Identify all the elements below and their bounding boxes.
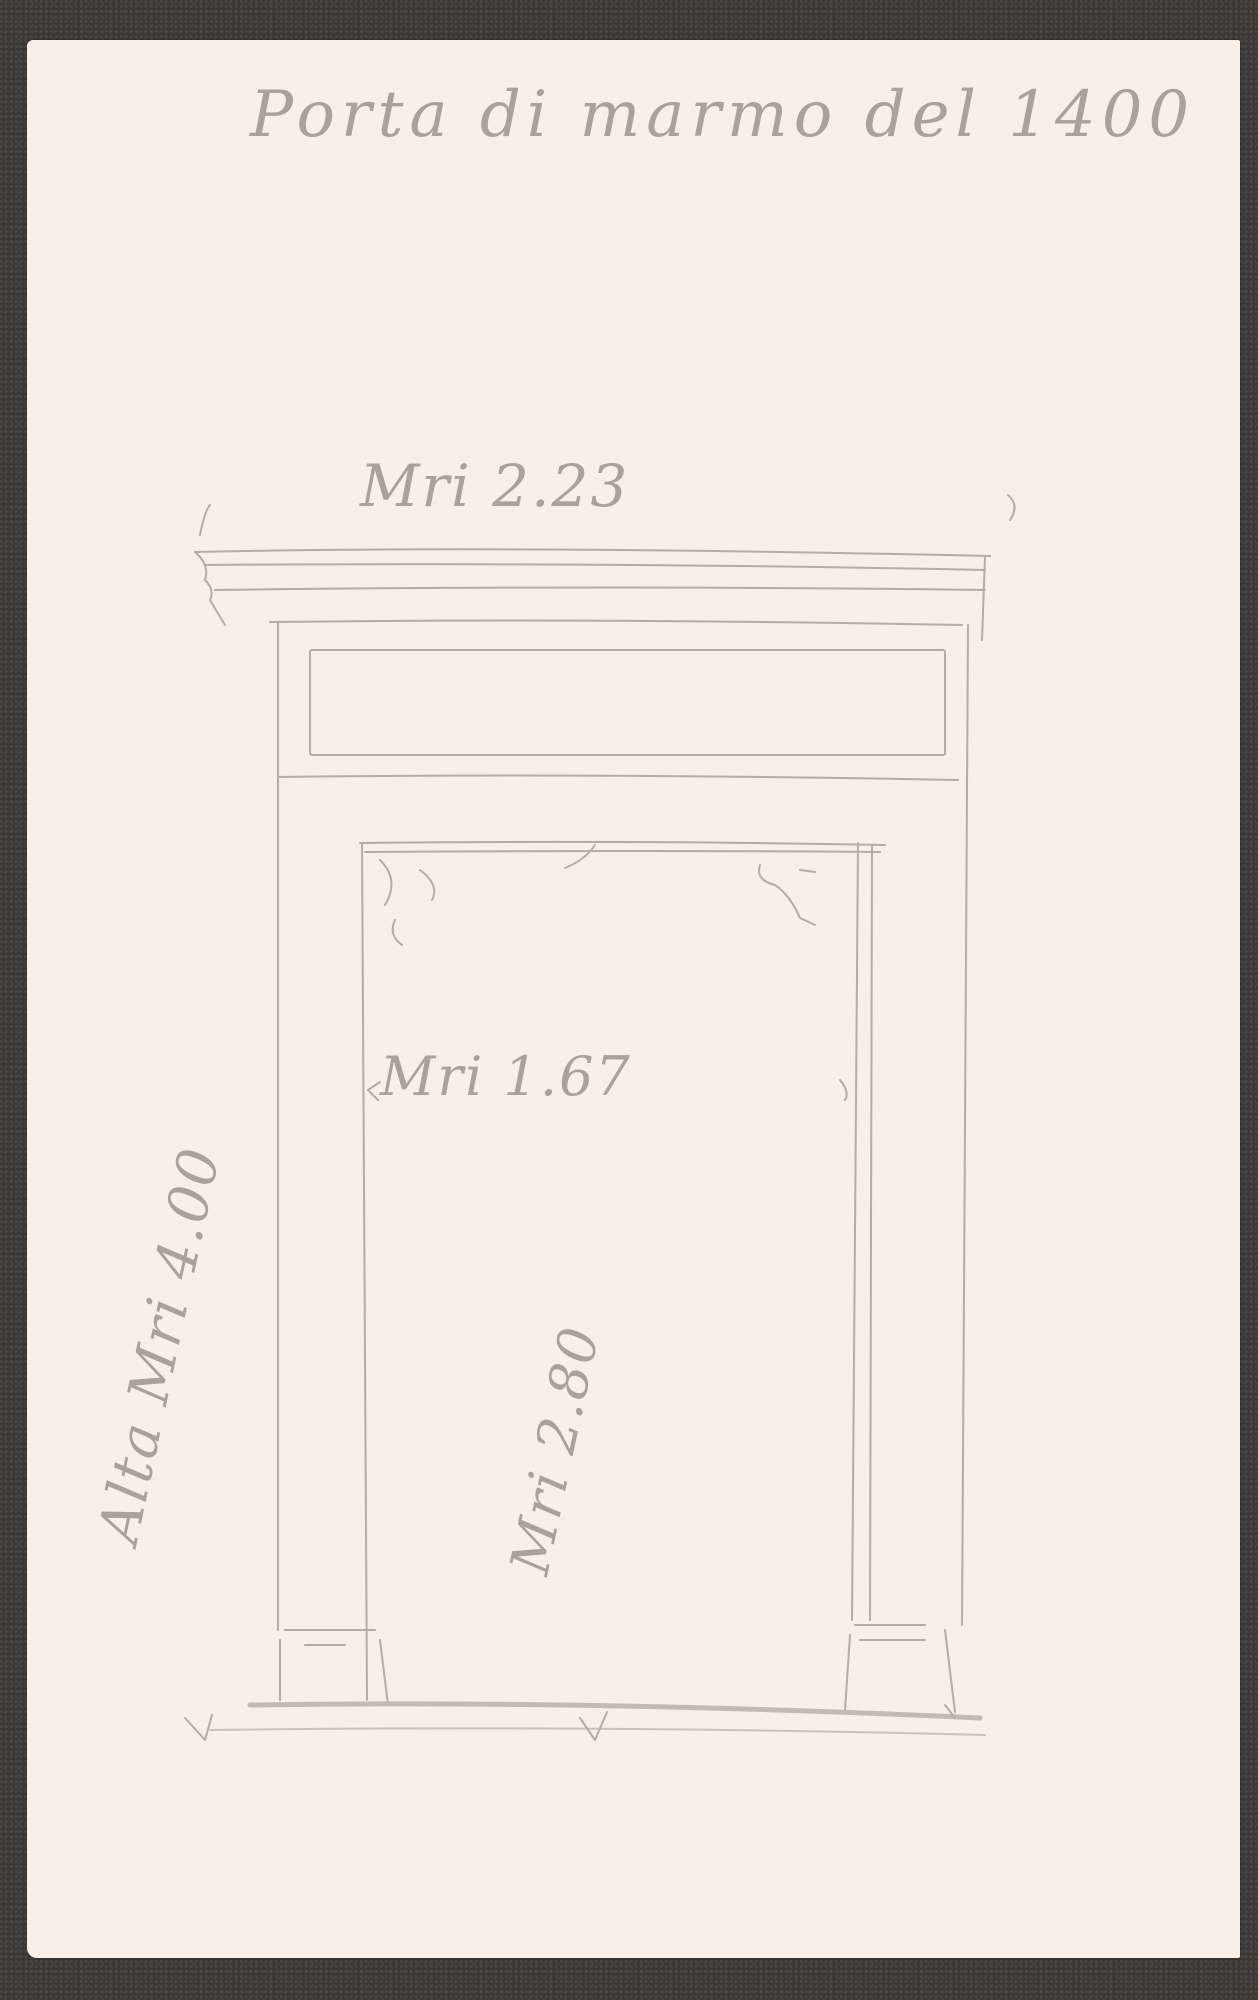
cornice-top-line [195,549,990,556]
ground-line [250,1704,980,1718]
right-inner-jamb-2 [870,845,872,1620]
arrow-right-mid [840,1080,847,1100]
right-inner-jamb [852,843,858,1620]
left-inner-jamb [362,843,367,1700]
overall-width-label: Mri 2.23 [360,452,629,520]
drawing-title: Porta di marmo del 1400 [250,78,1195,152]
left-base [280,1630,388,1705]
opening-lintel-inner [365,851,880,852]
frieze-panel [310,650,945,755]
tick-mark-left [185,1715,212,1740]
tick-mark-center [580,1712,607,1740]
door-sketch [0,0,1258,2000]
cornice-left-profile [195,552,225,625]
cornice-molding-line [205,564,985,570]
cornice-lower-line [215,588,985,591]
right-base [845,1625,955,1712]
right-outer-jamb [962,625,968,1625]
left-bracket [380,860,434,945]
architrave-line [278,776,958,780]
cornice-right-profile [982,556,985,640]
tick-mark-top-right [1008,495,1015,520]
center-bracket [565,845,595,868]
right-bracket [759,865,815,925]
opening-width-label: Mri 1.67 [380,1045,632,1108]
tick-mark-top-left [200,505,210,535]
opening-lintel [360,842,885,845]
arrow-left-mid [368,1082,380,1100]
cornice-bottom-band [270,621,962,625]
